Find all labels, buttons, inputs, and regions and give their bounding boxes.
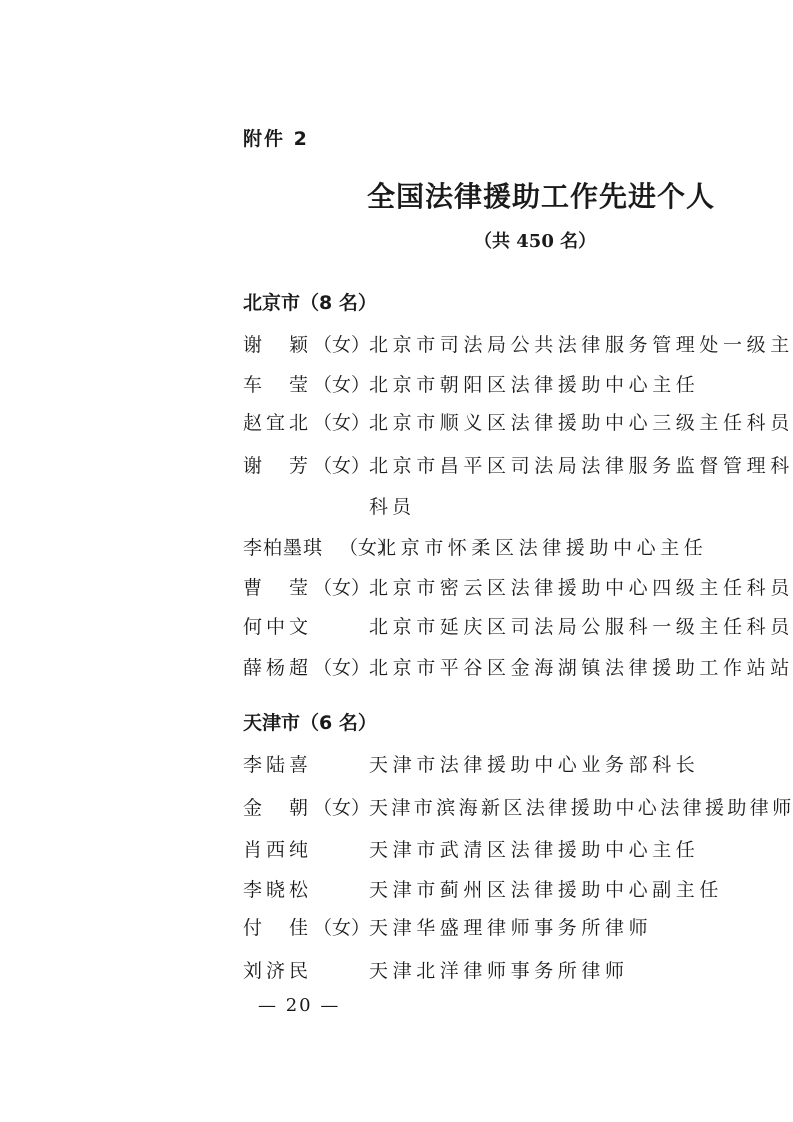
person-position: 天津北洋律师事务所律师 (369, 956, 629, 983)
person-position: 天津市法律援助中心业务部科长 (369, 750, 699, 777)
person-position: 北京市延庆区司法局公服科一级主任科员 (369, 612, 793, 639)
person-name: 何中文 (243, 612, 312, 639)
document-subtitle: （共 450 名） (474, 227, 596, 253)
section-heading-tianjin: 天津市（6 名） (243, 708, 377, 735)
person-position: 天津市蓟州区法律援助中心副主任 (369, 875, 723, 902)
person-name: 李晓松 (243, 875, 312, 902)
person-name: 付 佳 (243, 913, 312, 940)
person-position: 北京市怀柔区法律援助中心主任 (377, 533, 707, 560)
person-position: 北京市朝阳区法律援助中心主任 (369, 370, 699, 397)
person-position: 北京市顺义区法律援助中心三级主任科员 (369, 408, 793, 435)
person-gender: （女） (313, 573, 370, 600)
person-name: 谢 芳 (243, 451, 312, 478)
person-name: 赵宜北 (243, 408, 312, 435)
person-gender: （女） (313, 793, 370, 820)
person-position: 天津市滨海新区法律援助中心法律援助律师 (369, 793, 793, 820)
person-name: 刘济民 (243, 956, 312, 983)
section-heading-beijing: 北京市（8 名） (243, 288, 377, 315)
person-position: 北京市平谷区金海湖镇法律援助工作站站长 (369, 653, 793, 680)
person-name: 谢 颖 (243, 330, 312, 357)
person-gender: （女） (313, 330, 370, 357)
person-position-continuation: 科员 (369, 492, 415, 519)
person-gender: （女） (313, 451, 370, 478)
person-gender: （女） (313, 408, 370, 435)
attachment-label: 附件 2 (243, 124, 309, 151)
person-name: 薛杨超 (243, 653, 312, 680)
person-position: 天津华盛理律师事务所律师 (369, 913, 652, 940)
page-number: — 20 — (258, 995, 340, 1016)
person-name: 车 莹 (243, 370, 312, 397)
person-name: 李柏墨琪 (243, 533, 323, 560)
person-gender: （女） (313, 370, 370, 397)
person-name: 曹 莹 (243, 573, 312, 600)
person-name: 肖西纯 (243, 835, 312, 862)
person-position: 北京市司法局公共法律服务管理处一级主任科 (369, 330, 793, 357)
document-title: 全国法律援助工作先进个人 (367, 175, 715, 215)
person-gender: （女） (313, 653, 370, 680)
person-gender: （女） (313, 913, 370, 940)
person-name: 李陆喜 (243, 750, 312, 777)
person-name: 金 朝 (243, 793, 312, 820)
document-page: 附件 2 全国法律援助工作先进个人 （共 450 名） 北京市（8 名） 谢 颖… (0, 0, 793, 1122)
person-position: 北京市昌平区司法局法律服务监督管理科三级 (369, 451, 793, 478)
person-position: 天津市武清区法律援助中心主任 (369, 835, 699, 862)
person-position: 北京市密云区法律援助中心四级主任科员 (369, 573, 793, 600)
